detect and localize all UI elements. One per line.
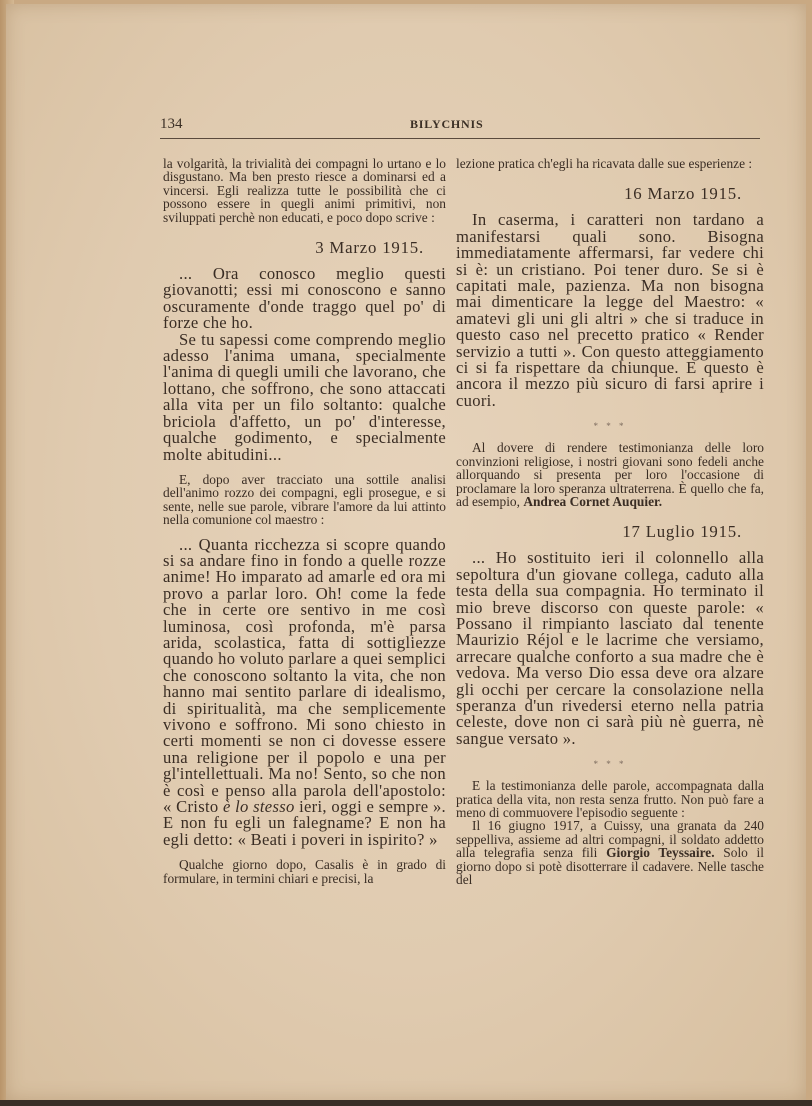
paragraph: la volgarità, la trivialità dei compagni…: [163, 157, 446, 224]
letter-paragraph: ... Ora conosco meglio questi giovanotti…: [163, 266, 446, 332]
section-separator: * * *: [456, 421, 764, 431]
right-column: lezione pratica ch'egli ha ricavata dall…: [456, 157, 764, 886]
paragraph: lezione pratica ch'egli ha ricavata dall…: [456, 157, 764, 170]
header-rule: [160, 138, 760, 139]
section-separator: * * *: [456, 759, 764, 769]
page-number: 134: [160, 116, 183, 133]
letter-paragraph: ... Quanta ricchezza si scopre quando si…: [163, 537, 446, 849]
letter-paragraph: ... Ho sostituito ieri il colonnello all…: [456, 550, 764, 747]
paragraph: E la testimonianza delle parole, accompa…: [456, 779, 764, 819]
page-bottom-edge: [0, 1100, 812, 1106]
paragraph: E, dopo aver tracciato una sottile anali…: [163, 473, 446, 527]
letter-text: ... Quanta ricchezza si scopre quando si…: [163, 535, 446, 817]
page-header: 134 BILYCHNIS: [160, 112, 760, 136]
letter-date: 16 Marzo 1915.: [456, 184, 742, 204]
letter-date: 3 Marzo 1915.: [163, 238, 424, 258]
letter-date: 17 Luglio 1915.: [456, 522, 742, 542]
letter-paragraph: Se tu sapessi come comprendo meglio ades…: [163, 332, 446, 463]
person-name: Andrea Cornet Auquier.: [523, 494, 662, 509]
paragraph: Qualche giorno dopo, Casalis è in grado …: [163, 858, 446, 885]
letter-paragraph: In caserma, i caratteri non tardano a ma…: [456, 212, 764, 409]
paragraph: Al dovere di rendere testimonianza delle…: [456, 441, 764, 508]
left-column: la volgarità, la trivialità dei compagni…: [163, 157, 446, 885]
running-title: BILYCHNIS: [410, 117, 483, 132]
paragraph: Il 16 giugno 1917, a Cuissy, una granata…: [456, 819, 764, 886]
